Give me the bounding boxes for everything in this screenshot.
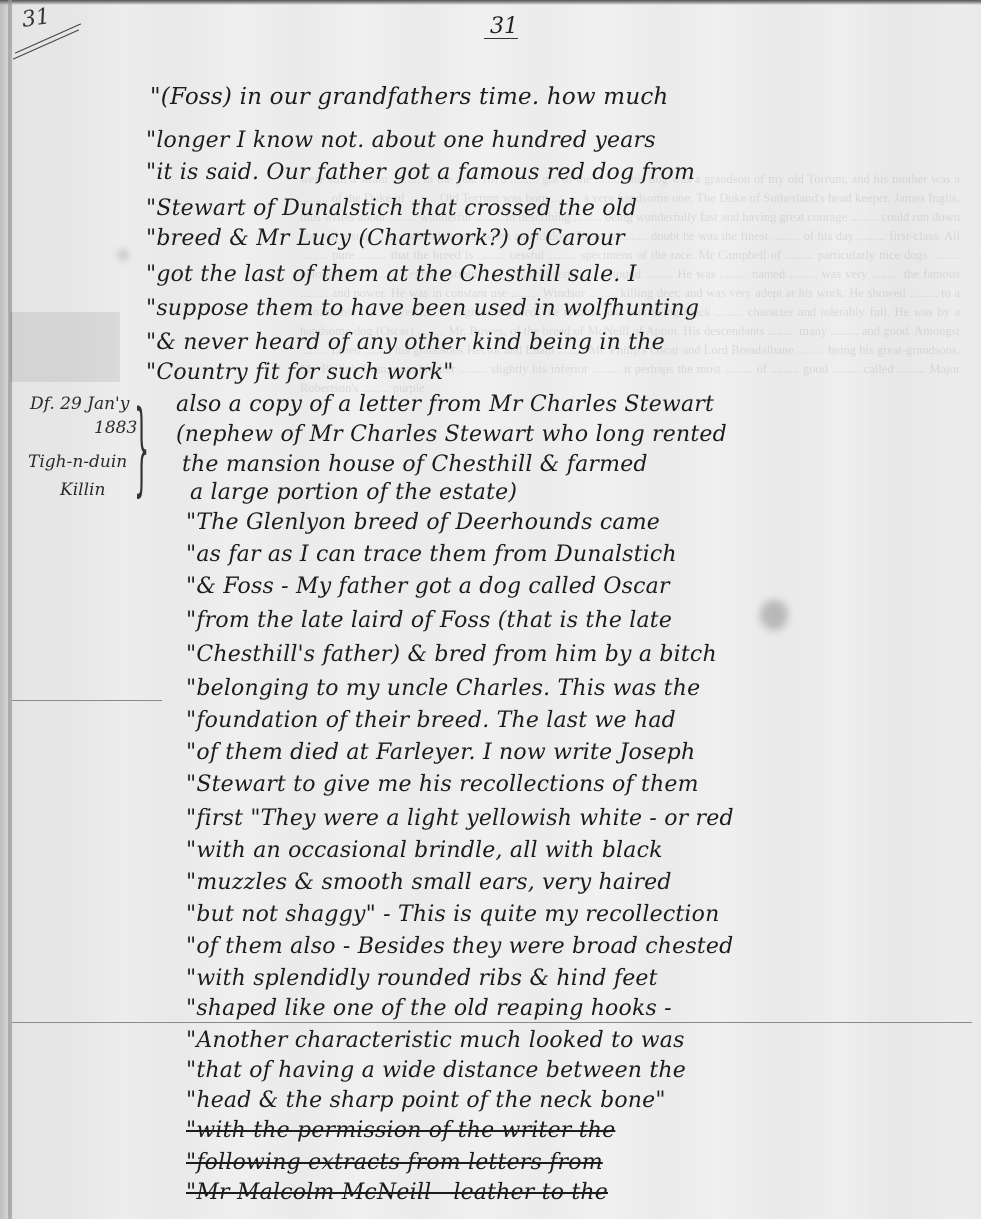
manuscript-line: also a copy of a letter from Mr Charles … bbox=[176, 392, 714, 417]
manuscript-line: "Another characteristic much looked to w… bbox=[186, 1028, 685, 1053]
manuscript-line: "of them died at Farleyer. I now write J… bbox=[186, 740, 695, 765]
manuscript-line-struck: "following extracts from letters from bbox=[186, 1150, 603, 1175]
manuscript-line: "shaped like one of the old reaping hook… bbox=[186, 996, 672, 1021]
fold-line bbox=[12, 700, 162, 701]
manuscript-line: "longer I know not. about one hundred ye… bbox=[146, 128, 656, 153]
page-number-underline bbox=[484, 38, 518, 39]
binding-edge bbox=[8, 0, 12, 1219]
manuscript-line: "with an occasional brindle, all with bl… bbox=[186, 838, 663, 863]
manuscript-line: "foundation of their breed. The last we … bbox=[186, 708, 676, 733]
corner-underline bbox=[13, 29, 79, 59]
margin-note-place: Tigh-n-duin bbox=[28, 452, 127, 472]
manuscript-line: "but not shaggy" - This is quite my reco… bbox=[186, 902, 719, 927]
manuscript-line: "with splendidly rounded ribs & hind fee… bbox=[186, 966, 658, 991]
brace-icon: } bbox=[134, 390, 149, 508]
manuscript-line: "(Foss) in our grandfathers time. how mu… bbox=[150, 84, 668, 110]
manuscript-line: a large portion of the estate) bbox=[190, 480, 517, 505]
manuscript-line: "& never heard of any other kind being i… bbox=[146, 330, 665, 355]
manuscript-line: "of them also - Besides they were broad … bbox=[186, 934, 733, 959]
manuscript-line: "Stewart to give me his recollections of… bbox=[186, 772, 699, 797]
manuscript-line: "it is said. Our father got a famous red… bbox=[146, 160, 695, 185]
manuscript-line: "The Glenlyon breed of Deerhounds came bbox=[186, 510, 660, 535]
manuscript-line: "breed & Mr Lucy (Chartwork?) of Carour bbox=[146, 226, 625, 251]
manuscript-line: the mansion house of Chesthill & farmed bbox=[182, 452, 648, 477]
manuscript-line: "from the late laird of Foss (that is th… bbox=[186, 608, 672, 633]
manuscript-line: "& Foss - My father got a dog called Osc… bbox=[186, 574, 670, 599]
manuscript-line: "suppose them to have been used in wolfh… bbox=[146, 296, 699, 321]
margin-note-date: Df. 29 Jan'y bbox=[30, 394, 129, 414]
margin-shadow bbox=[10, 312, 120, 382]
manuscript-line: (nephew of Mr Charles Stewart who long r… bbox=[176, 422, 727, 447]
ink-blot bbox=[118, 250, 128, 260]
manuscript-line-struck: "with the permission of the writer the bbox=[186, 1118, 615, 1143]
margin-note-town: Killin bbox=[60, 480, 105, 500]
fold-line bbox=[12, 1022, 972, 1023]
manuscript-line: "as far as I can trace them from Dunalst… bbox=[186, 542, 677, 567]
manuscript-line: "Chesthill's father) & bred from him by … bbox=[186, 642, 717, 667]
ink-blot bbox=[760, 600, 788, 630]
manuscript-line: "that of having a wide distance between … bbox=[186, 1058, 686, 1083]
corner-page-number: 31 bbox=[20, 4, 51, 33]
margin-note-year: 1883 bbox=[94, 418, 137, 438]
manuscript-line: "muzzles & smooth small ears, very haire… bbox=[186, 870, 672, 895]
page-top-edge bbox=[0, 0, 981, 5]
manuscript-line-struck: "Mr Malcolm McNeill - leather to the bbox=[186, 1180, 608, 1205]
manuscript-page: 31 31 were still a strain ......... in t… bbox=[0, 0, 981, 1219]
manuscript-line: "belonging to my uncle Charles. This was… bbox=[186, 676, 700, 701]
manuscript-line: "head & the sharp point of the neck bone… bbox=[186, 1088, 666, 1113]
manuscript-line: "Stewart of Dunalstich that crossed the … bbox=[146, 196, 637, 221]
manuscript-line: "first "They were a light yellowish whit… bbox=[186, 806, 734, 831]
page-number: 31 bbox=[490, 14, 518, 39]
manuscript-line: "Country fit for such work" bbox=[146, 360, 454, 385]
manuscript-line: "got the last of them at the Chesthill s… bbox=[146, 262, 637, 287]
